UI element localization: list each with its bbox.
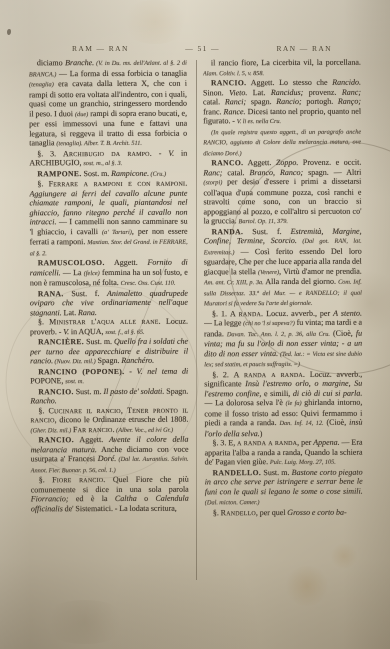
entry-fiore-rancio: §. Fiore rancio. Quel Fiore che più comu… [31,475,189,514]
entry-a-randa-a-randa: §. 2. A randa a randa. Locuz. avverb., s… [204,369,362,438]
text-column-left: diciamo Branche. (V. in Du. ms. dell'Atl… [29,58,189,587]
entry-a-randa: §. 1. A randa. Locuz. avverb., per A ste… [204,308,362,370]
book-page-photo: RAM — RAN — 51 — RAN — RAN diciamo Branc… [0,0,390,649]
entry-a-randa-per-appena: §. 3. E, a randa a randa, per Appena. — … [205,438,363,468]
entry-randello-grosso: §. Randello, per quel Grosso e corto ba- [205,507,363,517]
running-head: RAM — RAN — 51 — RAN — RAN [30,44,362,53]
text-column-right: il rancio fiore, La cicerbita vil, la po… [203,58,363,587]
entry-rancio-nota: (In quale registra questo aggett., di un… [203,126,361,158]
column-divider-rule [196,60,197,580]
entry-archibugio-da-rampo: §. 3. Archibugio da rampo. - V. in ARCHI… [29,148,187,169]
entry-rancio-fiore-continuation: il rancio fiore, La cicerbita vil, la po… [203,58,361,79]
entry-ministrar-aqua: §. Ministrar l'aqua alle rane. Locuz. pr… [30,317,188,338]
entry-ranco: RANCO. Aggett. Zoppo. Provenz. e occit. … [203,158,361,227]
entry-rancino: RANCINO (POPONE). - V. nel tema di POPON… [30,366,188,387]
entry-cucinare-il-rancio: §. Cucinare il rancio, Tener pronto il r… [30,405,188,435]
running-head-left: RAM — RAN [30,44,129,53]
entry-randa: RANDA. Sust. f. Estremità, Margine, Conf… [204,226,362,309]
entry-rampone: RAMPONE. Sost. m. Rampicone. (Cru.) [29,168,187,179]
entry-randello: RANDELLO. Sust. m. Bastone corto piegato… [205,467,363,508]
foxing-stain [40,600,130,644]
entry-ramuscoloso: RAMUSCOLOSO. Aggett. Fornito di ramicell… [30,258,188,289]
entry-ranciere: RANCIÈRE. Sust. m. Quello fra i soldati … [30,337,188,367]
entry-rana: RANA. Sust. f. Animaletto quadrupede ovi… [30,288,188,317]
entry-rancio-sost: RANCIO. Sust. m. Il pasto de' soldati. S… [30,386,188,406]
entry-branca-continuation: diciamo Branche. (V. in Du. ms. dell'Atl… [29,58,187,149]
page-number: — 51 — [185,44,220,53]
running-head-right: RAN — RAN [276,44,362,53]
ink-speck [7,29,11,35]
entry-ferrare-a-ramponi: §. Ferrare a ramponi e con ramponi. Aggi… [29,179,187,259]
entry-rancio-agg-colore: RANCIO. Aggett. Avente il colore della m… [30,435,188,476]
foxing-stain [120,0,190,44]
entry-rancio-agg-rancido: RANCIO. Aggett. Lo stesso che Rancido. S… [203,78,361,127]
